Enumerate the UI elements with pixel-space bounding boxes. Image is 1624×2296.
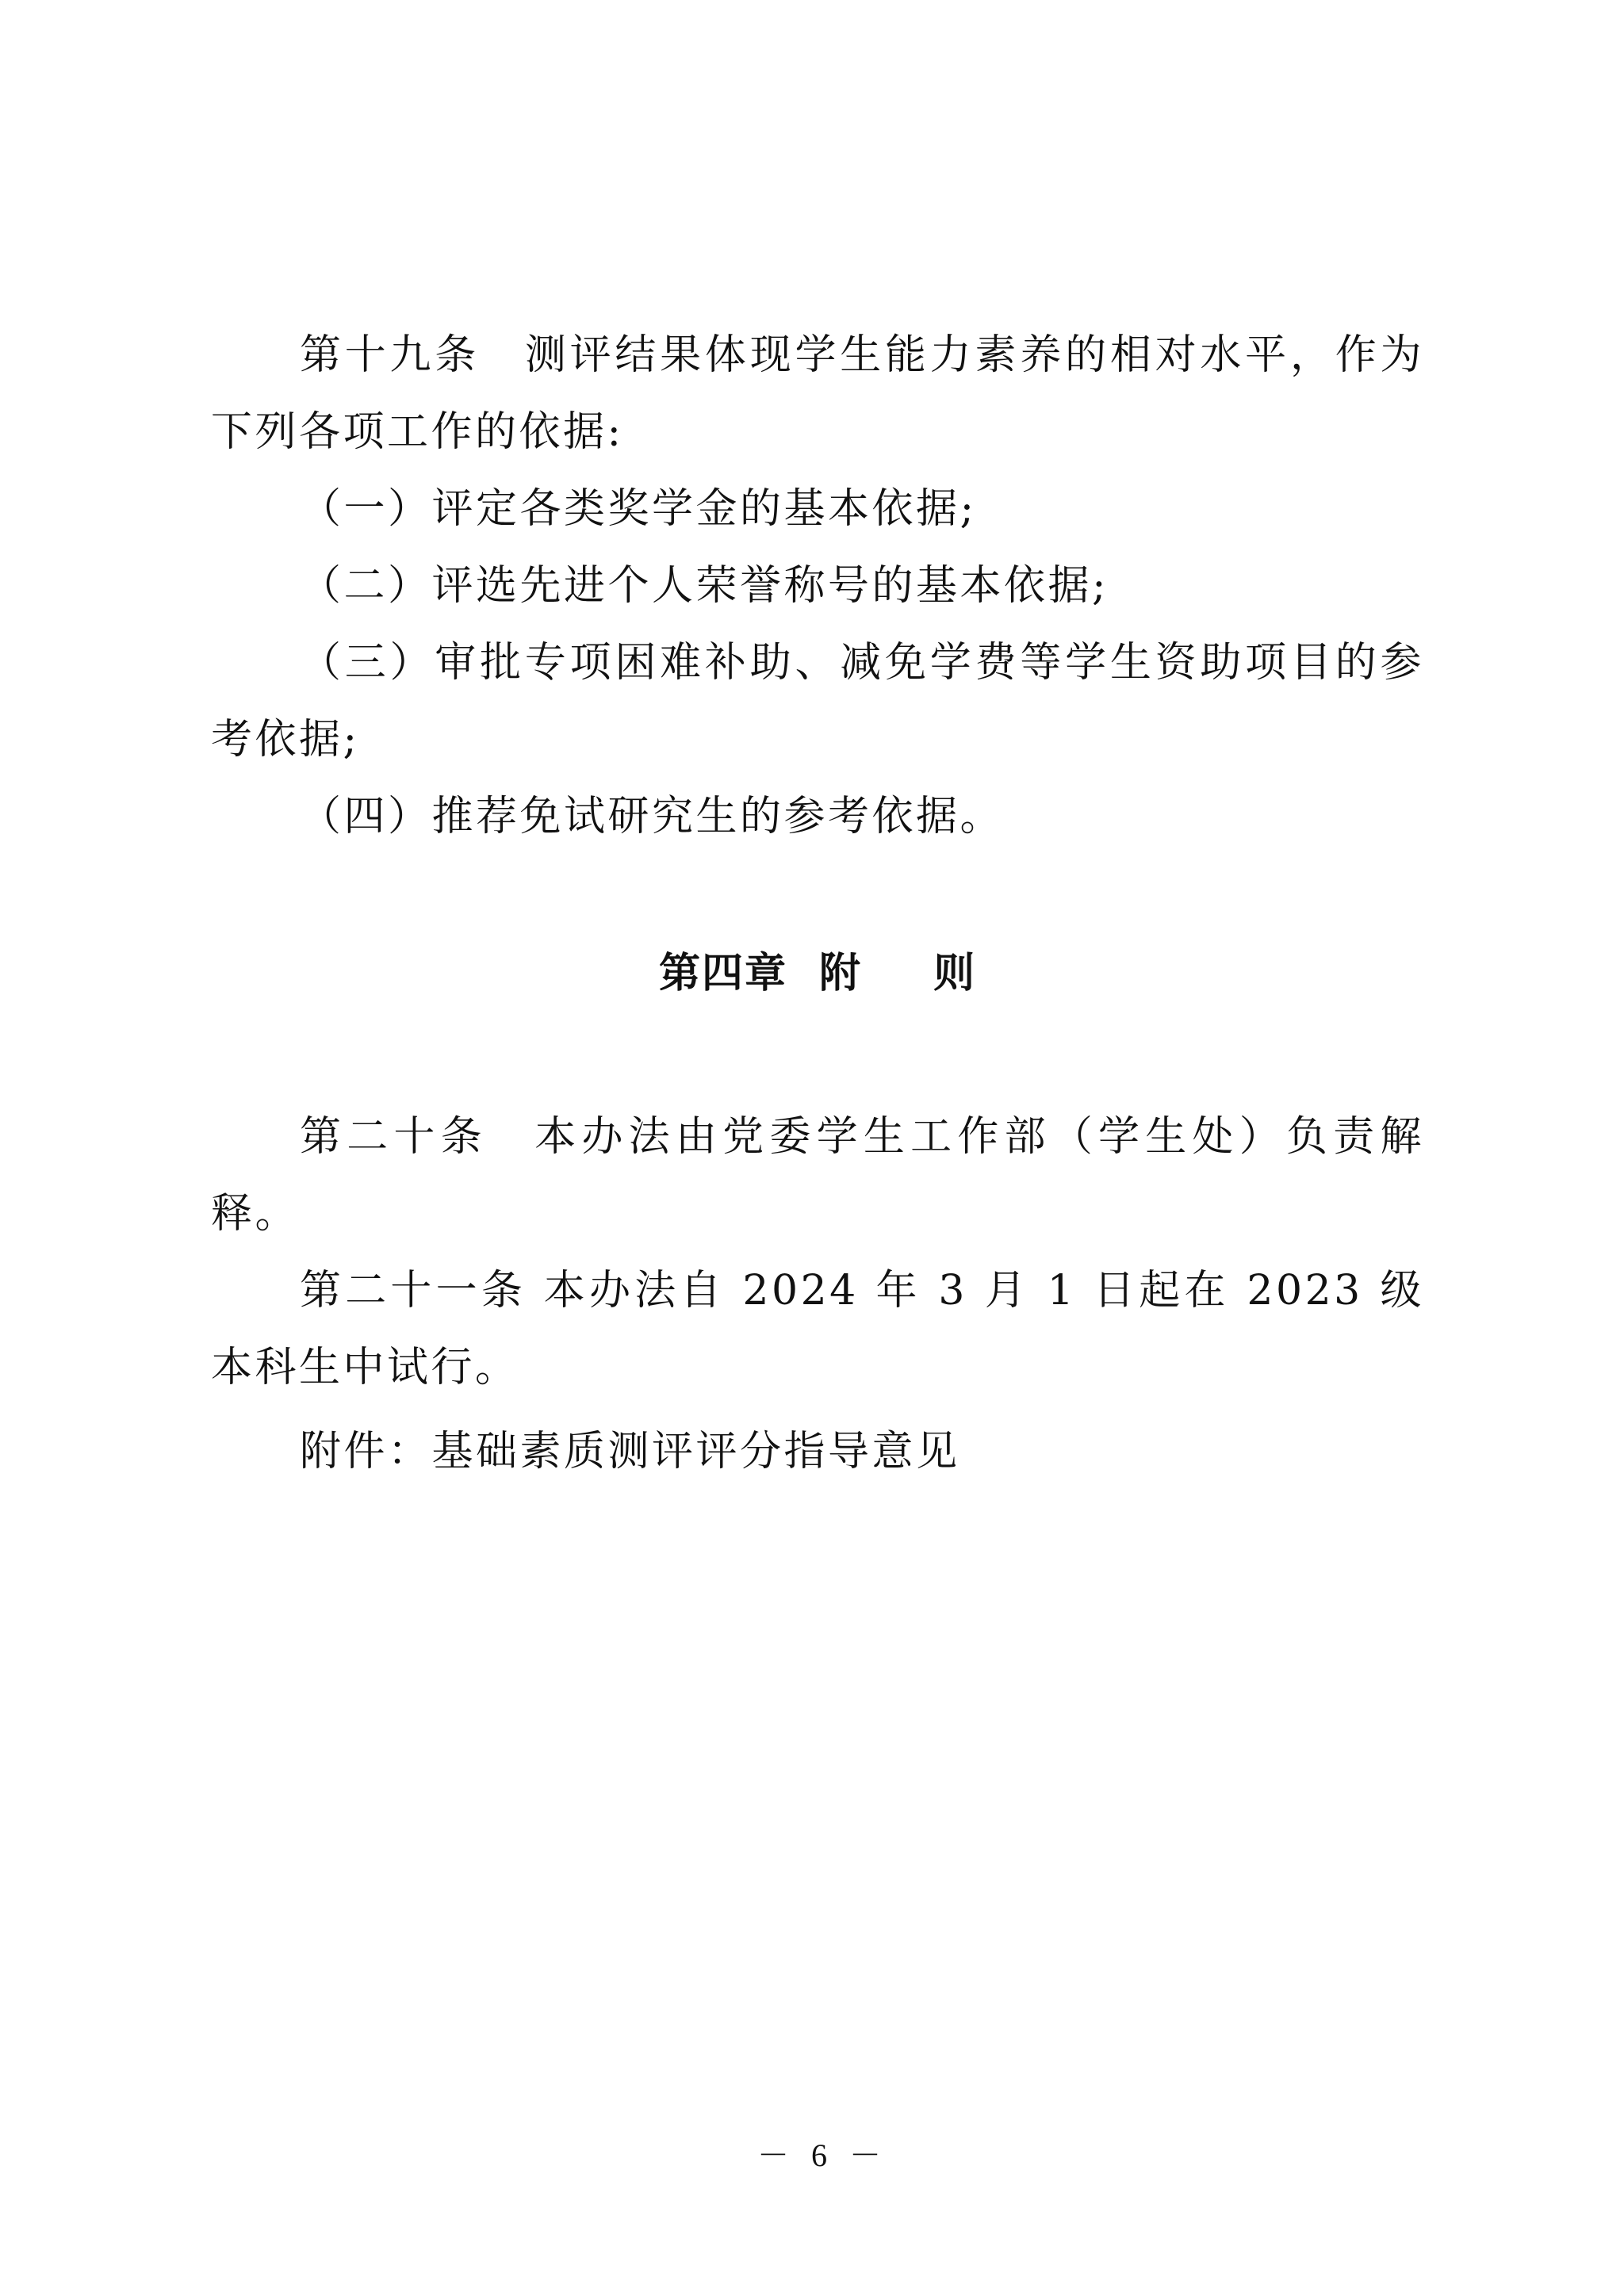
- list-item-2: （二）评选先进个人荣誉称号的基本依据;: [211, 548, 1424, 625]
- page-number-dash-right: －: [849, 2136, 883, 2175]
- document-page: 第十九条 测评结果体现学生能力素养的相对水平，作为下列各项工作的依据: （一）评…: [0, 0, 1624, 2296]
- chapter-heading-title-part2: 则: [933, 950, 976, 997]
- page-number-value: 6: [811, 2137, 829, 2173]
- list-item-3: （三）审批专项困难补助、减免学费等学生资助项目的参考依据;: [211, 625, 1424, 779]
- list-item-4: （四）推荐免试研究生的参考依据。: [211, 779, 1424, 855]
- attachment-section: 附件：基础素质测评评分指导意见: [211, 1414, 1424, 1490]
- chapter-4-section: 第二十条 本办法由党委学生工作部（学生处）负责解释。 第二十一条 本办法自 20…: [211, 1099, 1424, 1406]
- chapter-heading-number: 第四章: [659, 950, 787, 997]
- article-21-paragraph: 第二十一条 本办法自 2024 年 3 月 1 日起在 2023 级本科生中试行…: [211, 1253, 1424, 1406]
- page-number: －6－: [0, 2136, 1624, 2175]
- attachment-line: 附件：基础素质测评评分指导意见: [211, 1414, 1424, 1490]
- article-19-section: 第十九条 测评结果体现学生能力素养的相对水平，作为下列各项工作的依据: （一）评…: [211, 317, 1424, 855]
- article-20-paragraph: 第二十条 本办法由党委学生工作部（学生处）负责解释。: [211, 1099, 1424, 1253]
- chapter-heading-title-part1: 附: [819, 950, 862, 997]
- chapter-heading: 第四章附则: [0, 936, 1624, 1012]
- list-item-1: （一）评定各类奖学金的基本依据;: [211, 471, 1424, 548]
- page-number-dash-left: －: [757, 2136, 791, 2175]
- article-19-paragraph: 第十九条 测评结果体现学生能力素养的相对水平，作为下列各项工作的依据:: [211, 317, 1424, 471]
